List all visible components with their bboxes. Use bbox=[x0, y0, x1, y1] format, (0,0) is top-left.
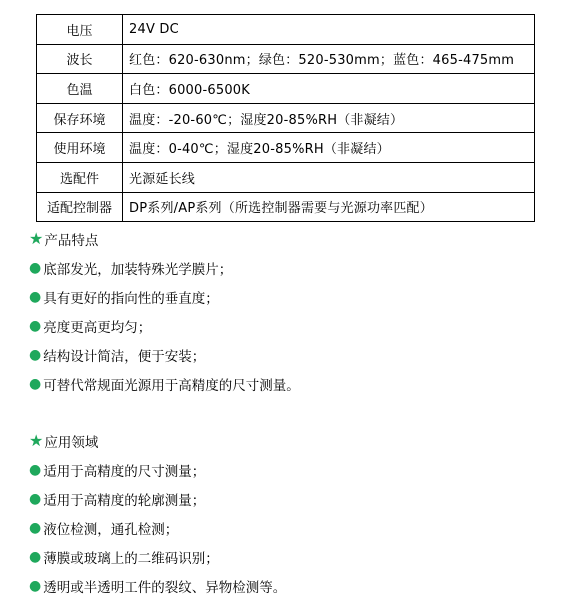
list-item-text: 结构设计简洁，便于安装； bbox=[43, 345, 205, 365]
list-item-text: 适用于高精度的尺寸测量； bbox=[43, 460, 205, 480]
table-row: 电压 24V DC bbox=[37, 15, 535, 45]
list-item: ● 适用于高精度的轮廓测量； bbox=[29, 484, 549, 513]
spec-label: 电压 bbox=[37, 15, 123, 45]
spec-value: 光源延长线 bbox=[123, 162, 535, 192]
list-item-text: 透明或半透明工件的裂纹、异物检测等。 bbox=[43, 576, 286, 596]
list-item-text: 薄膜或玻璃上的二维码识别； bbox=[43, 547, 219, 567]
table-row: 保存环境 温度：-20-60℃；湿度20-85%RH（非凝结） bbox=[37, 103, 535, 133]
bullet-icon: ● bbox=[29, 261, 41, 275]
spec-label: 色温 bbox=[37, 74, 123, 104]
spec-value: DP系列/AP系列（所选控制器需要与光源功率匹配） bbox=[123, 192, 535, 222]
list-item: ● 亮度更高更均匀； bbox=[29, 311, 549, 340]
bullet-sections: ★ 产品特点 ● 底部发光，加装特殊光学膜片； ● 具有更好的指向性的垂直度； … bbox=[29, 224, 549, 600]
table-row: 色温 白色：6000-6500K bbox=[37, 74, 535, 104]
list-item: ● 透明或半透明工件的裂纹、异物检测等。 bbox=[29, 571, 549, 600]
bullet-icon: ● bbox=[29, 521, 41, 535]
bullet-icon: ● bbox=[29, 579, 41, 593]
section-gap bbox=[29, 398, 549, 426]
bullet-icon: ● bbox=[29, 463, 41, 477]
spec-value: 温度：0-40℃；湿度20-85%RH（非凝结） bbox=[123, 133, 535, 163]
section-title: ★ 产品特点 bbox=[29, 224, 549, 253]
bullet-icon: ● bbox=[29, 550, 41, 564]
star-icon: ★ bbox=[29, 433, 43, 449]
section-title: ★ 应用领域 bbox=[29, 426, 549, 455]
spec-value: 24V DC bbox=[123, 15, 535, 45]
spec-label: 适配控制器 bbox=[37, 192, 123, 222]
list-item-text: 亮度更高更均匀； bbox=[43, 316, 151, 336]
section-title-text: 产品特点 bbox=[44, 229, 98, 249]
bullet-icon: ● bbox=[29, 492, 41, 506]
spec-label: 波长 bbox=[37, 44, 123, 74]
section-title-text: 应用领域 bbox=[44, 431, 98, 451]
section-application-areas: ★ 应用领域 ● 适用于高精度的尺寸测量； ● 适用于高精度的轮廓测量； ● 液… bbox=[29, 426, 549, 600]
spec-table: 电压 24V DC 波长 红色：620-630nm；绿色：520-530mm；蓝… bbox=[36, 14, 535, 222]
list-item-text: 具有更好的指向性的垂直度； bbox=[43, 287, 219, 307]
list-item: ● 可替代常规面光源用于高精度的尺寸测量。 bbox=[29, 369, 549, 398]
spec-label: 保存环境 bbox=[37, 103, 123, 133]
table-row: 适配控制器 DP系列/AP系列（所选控制器需要与光源功率匹配） bbox=[37, 192, 535, 222]
bullet-icon: ● bbox=[29, 348, 41, 362]
spec-value: 红色：620-630nm；绿色：520-530mm；蓝色：465-475mm bbox=[123, 44, 535, 74]
list-item: ● 薄膜或玻璃上的二维码识别； bbox=[29, 542, 549, 571]
table-row: 使用环境 温度：0-40℃；湿度20-85%RH（非凝结） bbox=[37, 133, 535, 163]
list-item-text: 可替代常规面光源用于高精度的尺寸测量。 bbox=[43, 374, 300, 394]
spec-sheet-page: 电压 24V DC 波长 红色：620-630nm；绿色：520-530mm；蓝… bbox=[0, 0, 566, 613]
table-row: 波长 红色：620-630nm；绿色：520-530mm；蓝色：465-475m… bbox=[37, 44, 535, 74]
spec-label: 选配件 bbox=[37, 162, 123, 192]
star-icon: ★ bbox=[29, 231, 43, 247]
list-item: ● 结构设计简洁，便于安装； bbox=[29, 340, 549, 369]
spec-value: 温度：-20-60℃；湿度20-85%RH（非凝结） bbox=[123, 103, 535, 133]
list-item: ● 底部发光，加装特殊光学膜片； bbox=[29, 253, 549, 282]
table-row: 选配件 光源延长线 bbox=[37, 162, 535, 192]
list-item: ● 具有更好的指向性的垂直度； bbox=[29, 282, 549, 311]
list-item: ● 液位检测，通孔检测； bbox=[29, 513, 549, 542]
list-item-text: 液位检测，通孔检测； bbox=[43, 518, 178, 538]
list-item-text: 底部发光，加装特殊光学膜片； bbox=[43, 258, 232, 278]
bullet-icon: ● bbox=[29, 377, 41, 391]
spec-value: 白色：6000-6500K bbox=[123, 74, 535, 104]
list-item: ● 适用于高精度的尺寸测量； bbox=[29, 455, 549, 484]
spec-label: 使用环境 bbox=[37, 133, 123, 163]
section-product-features: ★ 产品特点 ● 底部发光，加装特殊光学膜片； ● 具有更好的指向性的垂直度； … bbox=[29, 224, 549, 398]
list-item-text: 适用于高精度的轮廓测量； bbox=[43, 489, 205, 509]
bullet-icon: ● bbox=[29, 319, 41, 333]
bullet-icon: ● bbox=[29, 290, 41, 304]
